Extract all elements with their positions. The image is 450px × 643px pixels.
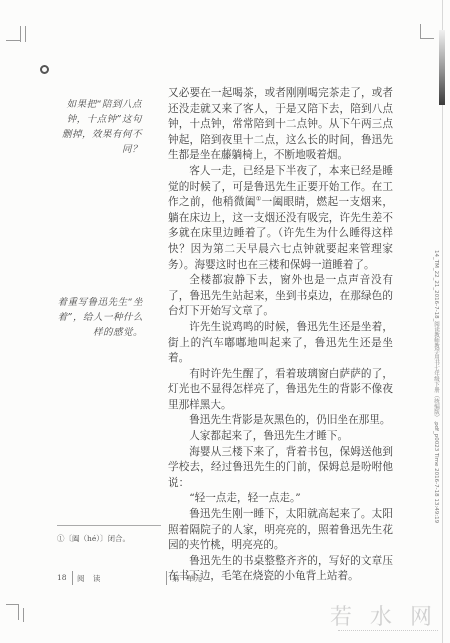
crop-mark	[23, 608, 24, 622]
print-slug: 14_TM_22_21_2016-7-18_阅读教师教学用书七年级下册（统编版）…	[430, 250, 440, 550]
paragraph: 又必要在一起喝茶，或者刚刚喝完茶走了，或者还没走就又来了客人，于是又陪下去，陪到…	[168, 86, 393, 164]
paragraph: 有时许先生醒了，看着玻璃窗白萨萨的了，灯光也不显得怎样亮了，鲁迅先生的背影不像夜…	[168, 367, 393, 414]
section-label: 阅 读	[77, 573, 103, 584]
crop-mark	[420, 38, 434, 39]
crop-mark	[6, 604, 18, 605]
paragraph: 客人一走，已经是下半夜了，本来已经是睡觉的时候了，可是鲁迅先生正要开始工作。在工…	[168, 164, 393, 273]
margin-note: 如果把“陪到八点钟，十点钟”这句删掉，效果有何不同？	[60, 97, 142, 157]
paragraph: 鲁迅先生刚一睡下，太阳就高起来了。太阳照着隔院子的人家，明亮亮的，照着鲁迅先生花…	[168, 507, 393, 554]
crop-mark	[25, 26, 26, 42]
paragraph: 许先生说鸡鸣的时候，鲁迅先生还是坐着，街上的汽车嘟嘟地叫起来了，鲁迅先生还是坐着…	[168, 320, 393, 367]
paragraph: 海婴从三楼下来了，背着书包，保姆送他到学校去，经过鲁迅先生的门前，保姆总是吩咐他…	[168, 445, 393, 492]
paragraph: 鲁迅先生背影是灰黑色的，仍旧坐在那里。	[168, 413, 393, 429]
crop-mark	[20, 26, 21, 42]
body-text: 又必要在一起喝茶，或者刚刚喝完茶走了，或者还没走就又来了客人，于是又陪下去，陪到…	[168, 86, 393, 585]
watermark: 若水网	[330, 600, 450, 631]
margin-note: 着重写鲁迅先生“坐着”，给人一种什么样的感觉。	[55, 295, 143, 340]
folio-divider	[72, 571, 73, 585]
paragraph: 人家都起来了，鲁迅先生才睡下。	[168, 429, 393, 445]
watermark-underline	[338, 630, 438, 633]
crop-mark	[6, 40, 20, 41]
footnote: ①〔阖（hé）〕闭合。	[57, 533, 130, 544]
color-calibration-bar	[439, 30, 445, 105]
paragraph: “轻一点走，轻一点走。”	[168, 491, 393, 507]
crop-mark	[420, 24, 421, 38]
paragraph: 全楼都寂静下去，窗外也是一点声音没有了，鲁迅先生站起来，坐到书桌边，在那绿色的台…	[168, 273, 393, 320]
footnote-divider	[57, 525, 161, 526]
unit-label: 第一单元	[172, 573, 202, 584]
circle-marker-icon	[40, 65, 49, 74]
page-number: 18	[57, 573, 67, 582]
folio-divider	[166, 571, 167, 585]
crop-mark	[18, 604, 19, 620]
